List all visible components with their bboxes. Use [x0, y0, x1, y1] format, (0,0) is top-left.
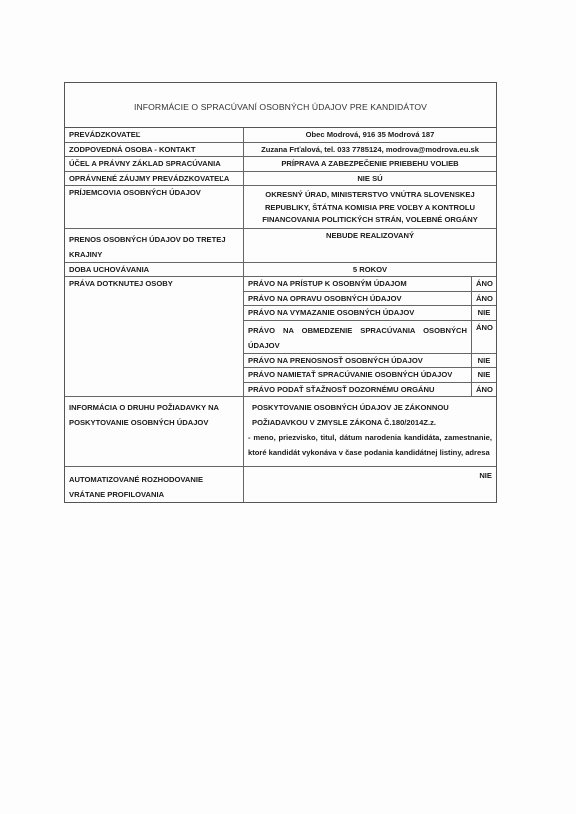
requirement-label: INFORMÁCIA O DRUHU POŽIADAVKY NA POSKYTO…	[65, 397, 244, 467]
rights-row: PRÁVO NA PRENOSNOSŤ OSOBNÝCH ÚDAJOV NIE	[244, 353, 496, 368]
transfer-label: PRENOS OSOBNÝCH ÚDAJOV DO TRETEJ KRAJINY	[65, 228, 244, 262]
table-row-rights: PRÁVA DOTKNUTEJ OSOBY PRÁVO NA PRÍSTUP K…	[65, 277, 496, 397]
table-row-automated: AUTOMATIZOVANÉ ROZHODOVANIE VRÁTANE PROF…	[65, 467, 496, 503]
purpose-value: PRÍPRAVA A ZABEZPEČENIE PRIEBEHU VOLIEB	[244, 157, 497, 172]
retention-label: DOBA UCHOVÁVANIA	[65, 262, 244, 277]
rights-row: PRÁVO NAMIETAŤ SPRACÚVANIE OSOBNÝCH ÚDAJ…	[244, 368, 496, 383]
recipients-value: OKRESNÝ ÚRAD, MINISTERSTVO VNÚTRA SLOVEN…	[244, 186, 497, 229]
right-answer: ÁNO	[472, 382, 497, 396]
right-label: PRÁVO NA PRENOSNOSŤ OSOBNÝCH ÚDAJOV	[244, 353, 472, 368]
purpose-label: ÚČEL A PRÁVNY ZÁKLAD SPRACÚVANIA	[65, 157, 244, 172]
contact-label: ZODPOVEDNÁ OSOBA - KONTAKT	[65, 142, 244, 157]
interests-value: NIE SÚ	[244, 171, 497, 186]
table-row-interests: OPRÁVNENÉ ZÁUJMY PREVÁDZKOVATEĽA NIE SÚ	[65, 171, 496, 186]
right-label: PRÁVO NA OBMEDZENIE SPRACÚVANIA OSOBNÝCH…	[244, 320, 472, 353]
right-label: PRÁVO NA PRÍSTUP K OSOBNÝM ÚDAJOM	[244, 277, 472, 291]
rights-row: PRÁVO NA OPRAVU OSOBNÝCH ÚDAJOV ÁNO	[244, 291, 496, 306]
automated-value: NIE	[244, 467, 497, 503]
transfer-value: NEBUDE REALIZOVANÝ	[244, 228, 497, 262]
right-answer: NIE	[472, 353, 497, 368]
recipients-label: PRÍJEMCOVIA OSOBNÝCH ÚDAJOV	[65, 186, 244, 229]
rights-row: PRÁVO NA OBMEDZENIE SPRACÚVANIA OSOBNÝCH…	[244, 320, 496, 353]
rights-label: PRÁVA DOTKNUTEJ OSOBY	[65, 277, 244, 397]
right-answer: NIE	[472, 368, 497, 383]
table-row-operator: PREVÁDZKOVATEĽ Obec Modrová, 916 35 Modr…	[65, 128, 496, 142]
requirement-heading: POSKYTOVANIE OSOBNÝCH ÚDAJOV JE ZÁKONNOU…	[248, 400, 492, 430]
table-row-retention: DOBA UCHOVÁVANIA 5 ROKOV	[65, 262, 496, 277]
gdpr-info-document: INFORMÁCIE O SPRACÚVANÍ OSOBNÝCH ÚDAJOV …	[64, 82, 497, 503]
right-answer: NIE	[472, 306, 497, 321]
table-row-recipients: PRÍJEMCOVIA OSOBNÝCH ÚDAJOV OKRESNÝ ÚRAD…	[65, 186, 496, 229]
operator-value: Obec Modrová, 916 35 Modrová 187	[244, 128, 497, 142]
right-answer: ÁNO	[472, 320, 497, 353]
document-title: INFORMÁCIE O SPRACÚVANÍ OSOBNÝCH ÚDAJOV …	[65, 83, 496, 128]
rights-row: PRÁVO NA PRÍSTUP K OSOBNÝM ÚDAJOM ÁNO	[244, 277, 496, 291]
operator-label: PREVÁDZKOVATEĽ	[65, 128, 244, 142]
interests-label: OPRÁVNENÉ ZÁUJMY PREVÁDZKOVATEĽA	[65, 171, 244, 186]
right-label: PRÁVO PODAŤ SŤAŽNOSŤ DOZORNÉMU ORGÁNU	[244, 382, 472, 396]
automated-label: AUTOMATIZOVANÉ ROZHODOVANIE VRÁTANE PROF…	[65, 467, 244, 503]
contact-value: Zuzana Frťalová, tel. 033 7785124, modro…	[244, 142, 497, 157]
requirement-detail: - meno, priezvisko, titul, dátum naroden…	[248, 430, 492, 460]
right-answer: ÁNO	[472, 291, 497, 306]
rights-row: PRÁVO NA VYMAZANIE OSOBNÝCH ÚDAJOV NIE	[244, 306, 496, 321]
right-label: PRÁVO NA OPRAVU OSOBNÝCH ÚDAJOV	[244, 291, 472, 306]
table-row-contact: ZODPOVEDNÁ OSOBA - KONTAKT Zuzana Frťalo…	[65, 142, 496, 157]
right-label: PRÁVO NA VYMAZANIE OSOBNÝCH ÚDAJOV	[244, 306, 472, 321]
info-table: PREVÁDZKOVATEĽ Obec Modrová, 916 35 Modr…	[65, 128, 496, 502]
table-row-requirement: INFORMÁCIA O DRUHU POŽIADAVKY NA POSKYTO…	[65, 397, 496, 467]
requirement-value: POSKYTOVANIE OSOBNÝCH ÚDAJOV JE ZÁKONNOU…	[244, 397, 497, 467]
table-row-transfer: PRENOS OSOBNÝCH ÚDAJOV DO TRETEJ KRAJINY…	[65, 228, 496, 262]
retention-value: 5 ROKOV	[244, 262, 497, 277]
right-answer: ÁNO	[472, 277, 497, 291]
rights-cell: PRÁVO NA PRÍSTUP K OSOBNÝM ÚDAJOM ÁNO PR…	[244, 277, 497, 397]
rights-table: PRÁVO NA PRÍSTUP K OSOBNÝM ÚDAJOM ÁNO PR…	[244, 277, 496, 396]
right-label: PRÁVO NAMIETAŤ SPRACÚVANIE OSOBNÝCH ÚDAJ…	[244, 368, 472, 383]
rights-row: PRÁVO PODAŤ SŤAŽNOSŤ DOZORNÉMU ORGÁNU ÁN…	[244, 382, 496, 396]
table-row-purpose: ÚČEL A PRÁVNY ZÁKLAD SPRACÚVANIA PRÍPRAV…	[65, 157, 496, 172]
